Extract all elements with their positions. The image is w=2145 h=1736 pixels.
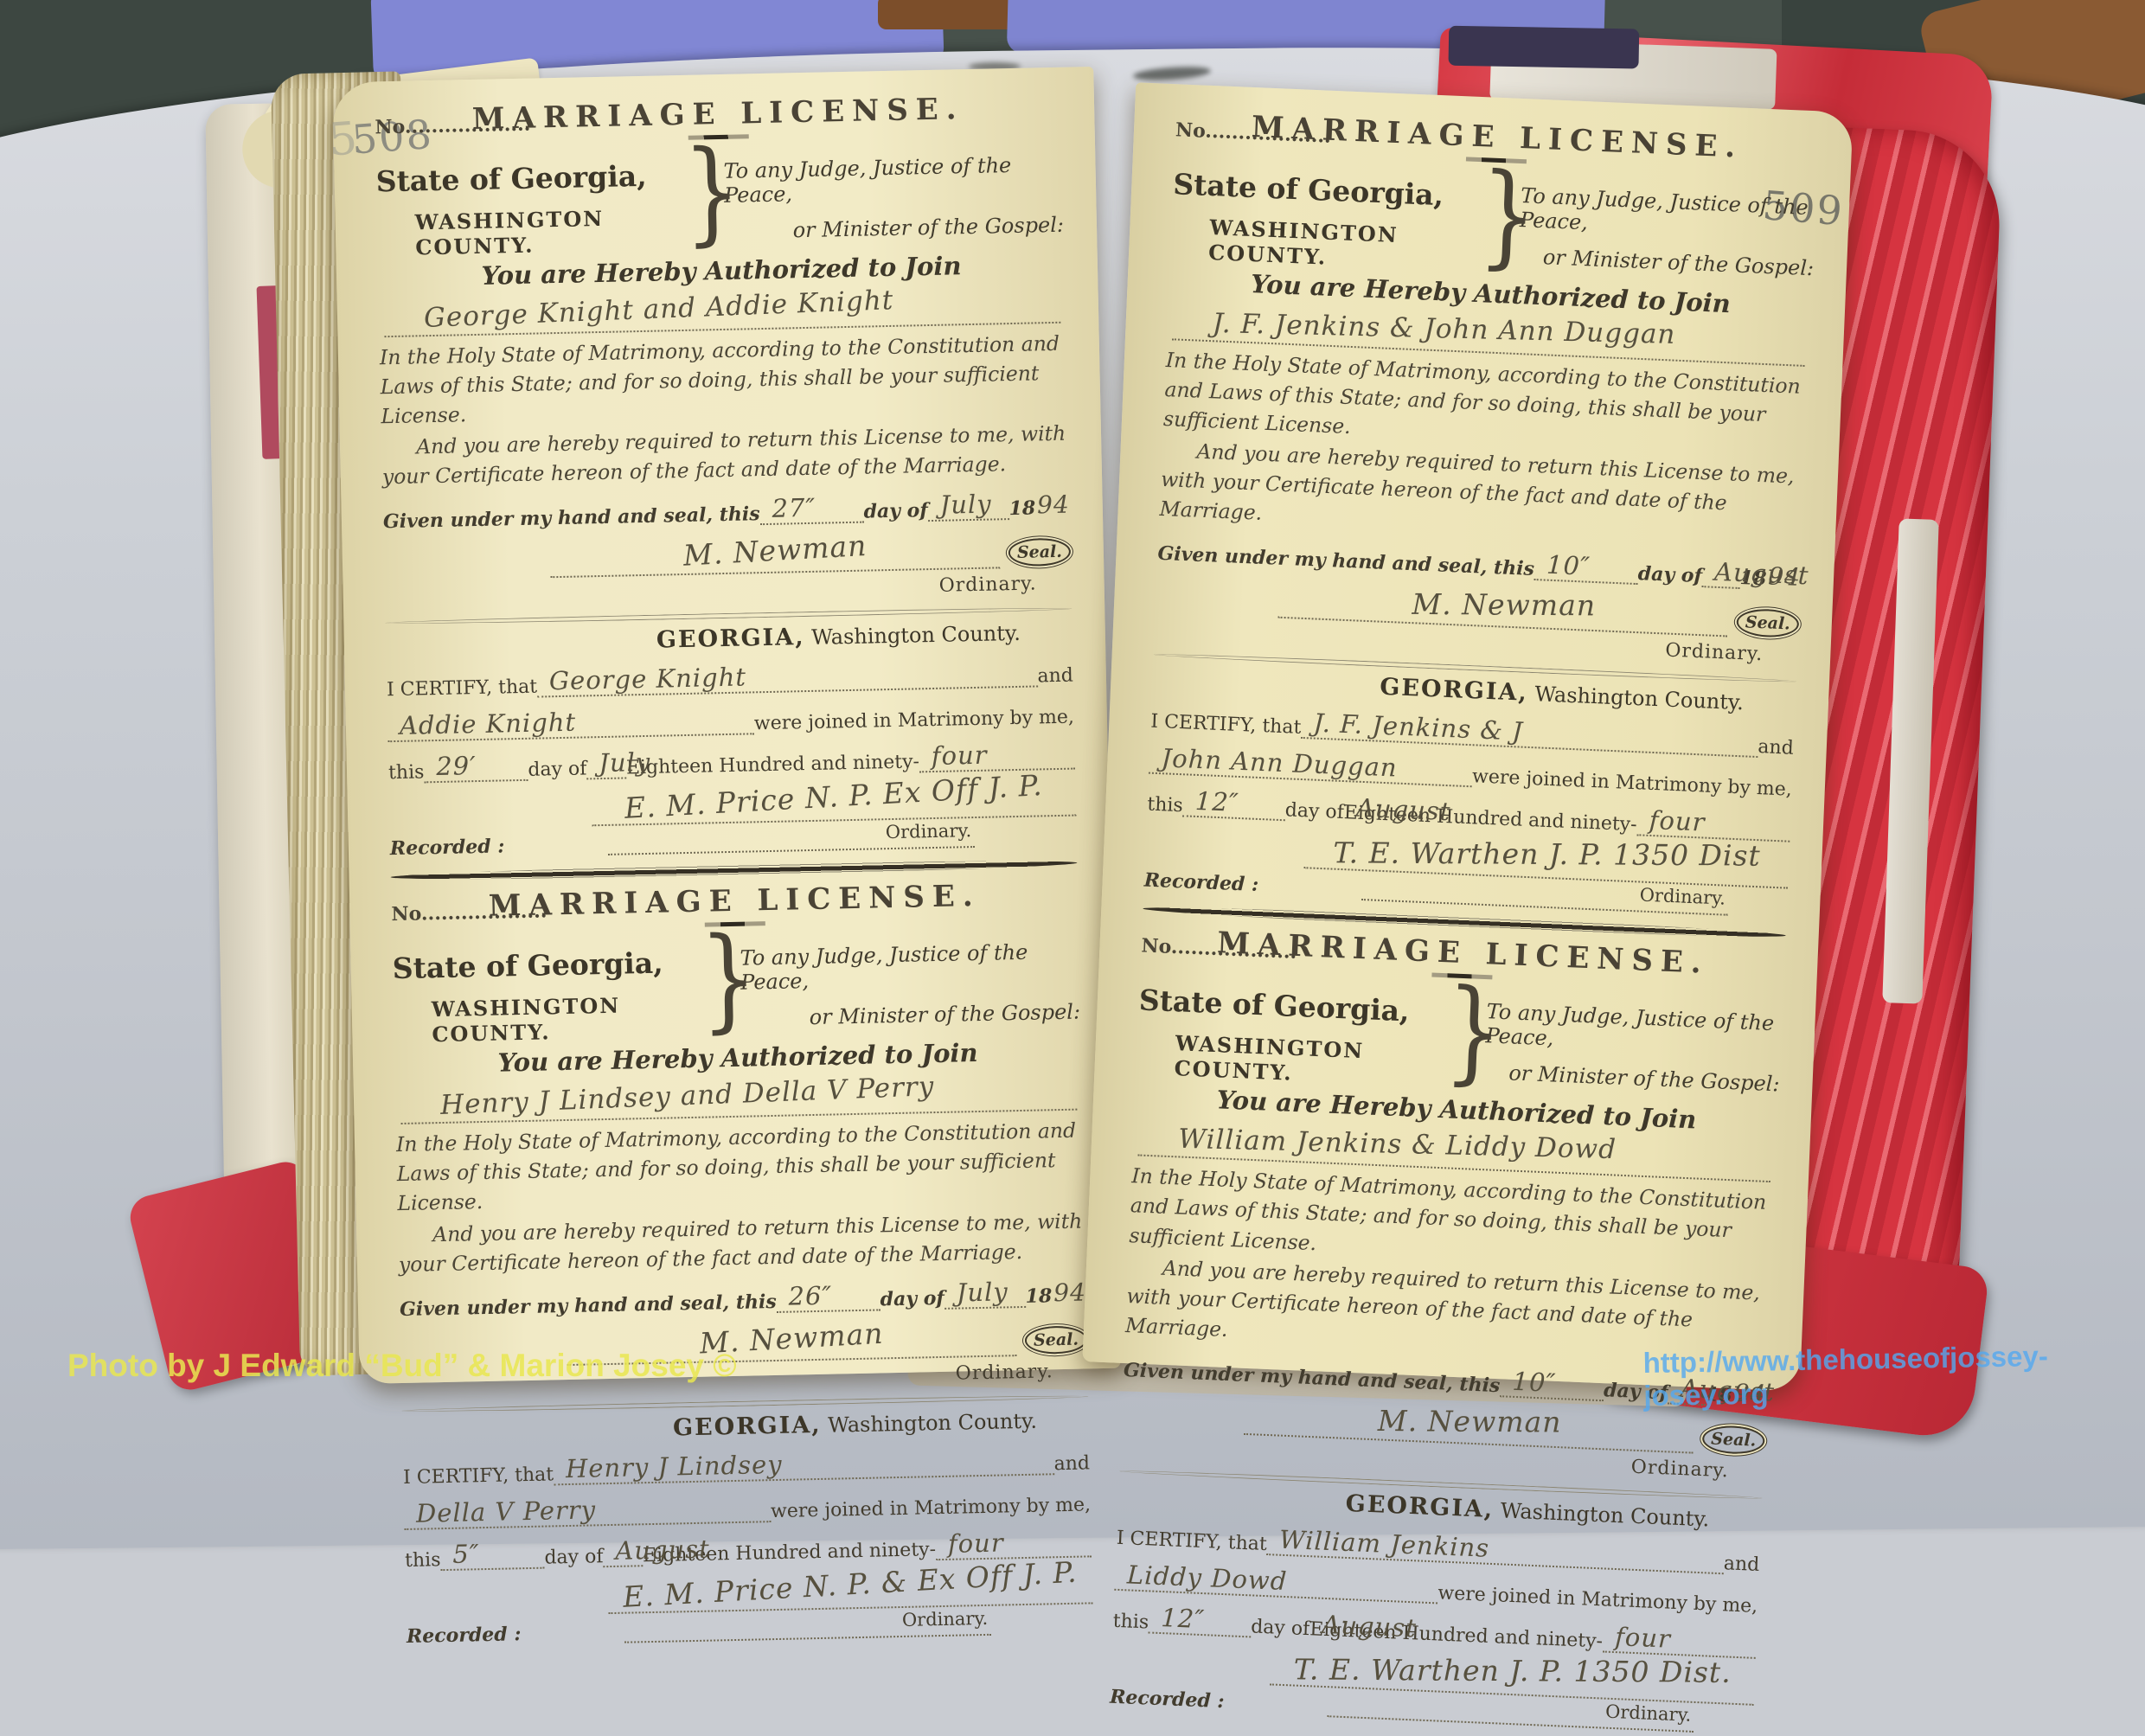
addressee-line-1: To any Judge, Justice of the Peace, [1485, 1000, 1783, 1060]
marriage-license-form: No................... MARRIAGE LICENSE. … [391, 877, 1093, 1425]
state-label: State of Georgia, [375, 158, 679, 198]
issue-month-blank: July [927, 490, 1008, 522]
state-label: State of Georgia, [1138, 983, 1442, 1030]
license-body-2: And you are hereby required to return th… [381, 419, 1069, 492]
issue-year-handwriting: 94 [1037, 490, 1070, 520]
book-page-left: 5508 No................... MARRIAGE LICE… [332, 67, 1120, 1384]
issue-day-blank: 26″ [776, 1281, 880, 1313]
form-header: State of Georgia, WASHINGTON COUNTY. } T… [392, 924, 1081, 1049]
issue-date-row: Given under my hand and seal, this 27″ d… [383, 490, 1071, 534]
marriage-day-blank: 12″ [1182, 788, 1286, 822]
photo-scene: 5508 No................... MARRIAGE LICE… [0, 0, 2145, 1425]
couple-names-line: George Knight and Addie Knight [384, 284, 1061, 337]
addressee-line-2: or Minister of the Gospel: [1518, 244, 1815, 280]
marriage-year-blank: four [919, 740, 1075, 773]
issue-month-blank: July [944, 1278, 1025, 1310]
website-watermark: http://www.thehouseofjossey-josey.org [1642, 1338, 2145, 1413]
brace-glyph: } [1477, 166, 1517, 263]
license-body-1: In the Holy State of Matrimony, accordin… [396, 1116, 1085, 1219]
seal-icon: Seal. [1008, 538, 1072, 567]
recorded-ordinary-line: Ordinary. [608, 820, 976, 855]
addressee-line-2: or Minister of the Gospel: [1483, 1060, 1780, 1097]
couple-names-handwriting: William Jenkins & Liddy Dowd [1178, 1124, 1617, 1165]
photographer-watermark: Photo by J Edward “Bud” & Marion Josey © [67, 1348, 737, 1384]
issue-day-blank: 27″ [759, 494, 864, 526]
issue-month-blank: August [1701, 559, 1740, 590]
marriage-month-blank: July [586, 750, 626, 780]
county-label: WASHINGTON COUNTY. [1208, 215, 1475, 276]
form-slot-right-top: No................... MARRIAGE LICENSE. … [1143, 106, 1819, 919]
state-label: State of Georgia, [1173, 167, 1476, 214]
license-body-1: In the Holy State of Matrimony, accordin… [380, 329, 1068, 432]
marriage-license-form: No................... MARRIAGE LICENSE. … [375, 90, 1077, 861]
ordinary-signature: M. Newman [1377, 1404, 1561, 1425]
ordinary-signature-line: M. Newman [549, 529, 1000, 579]
ordinary-signature: M. Newman [1412, 587, 1596, 622]
issue-date-row: Given under my hand and seal, this 26″ d… [400, 1277, 1087, 1321]
groom-name-blank: J. F. Jenkins & J [1301, 709, 1759, 758]
county-label: WASHINGTON COUNTY. [1174, 1031, 1440, 1092]
seal-icon: Seal. [1025, 1325, 1088, 1354]
certificate-heading: GEORGIA, Washington County. [386, 619, 1021, 659]
couple-names-handwriting: Henry J Lindsey and Della V Perry [439, 1071, 934, 1121]
issue-day-blank: 10″ [1534, 551, 1638, 585]
seal-icon: Seal. [1736, 608, 1799, 638]
county-label: WASHINGTON COUNTY. [414, 204, 680, 259]
brace-glyph: } [699, 931, 737, 1027]
state-label: State of Georgia, [392, 945, 695, 985]
couple-names-handwriting: George Knight and Addie Knight [423, 285, 893, 334]
certify-row-2: Addie Knight were joined in Matrimony by… [387, 699, 1075, 743]
marriage-day-blank: 29′ [424, 752, 528, 784]
form-header: State of Georgia, WASHINGTON COUNTY. } T… [375, 137, 1065, 262]
book-page-right: 509 No................... MARRIAGE LICEN… [1082, 82, 1853, 1391]
recorded-label: Recorded : [390, 836, 505, 861]
certify-row-1: I CERTIFY, that George Knight and [387, 657, 1074, 701]
couple-names-handwriting: J. F. Jenkins & John Ann Duggan [1212, 308, 1675, 350]
county-label: WASHINGTON COUNTY. [432, 991, 697, 1047]
issue-year-handwriting: 94 [1053, 1278, 1086, 1307]
form-slot-left-bottom: No................... MARRIAGE LICENSE. … [391, 877, 1093, 1425]
officiant-signature: T. E. Warthen J. P. 1350 Dist [1333, 836, 1761, 873]
brace-glyph: } [1444, 983, 1483, 1079]
couple-names-line: Henry J Lindsey and Della V Perry [400, 1071, 1078, 1124]
brace-glyph: } [682, 144, 720, 240]
form-slot-left-top: No................... MARRIAGE LICENSE. … [375, 90, 1077, 861]
license-body-2: And you are hereby required to return th… [398, 1206, 1085, 1279]
groom-name-blank: George Knight [537, 658, 1038, 698]
license-number-label: No................... [391, 900, 547, 926]
addressee-line-1: To any Judge, Justice of the Peace, [1520, 183, 1817, 244]
ordinary-signature-row: M. Newman Seal. [383, 528, 1071, 582]
recorded-label: Recorded : [1143, 869, 1258, 897]
addressee-line-1: To any Judge, Justice of the Peace, [723, 152, 1063, 208]
license-number-label: No................... [375, 113, 530, 139]
bride-name-blank: Addie Knight [387, 706, 755, 743]
addressee-line-2: or Minister of the Gospel: [741, 1000, 1081, 1031]
addressee-line-1: To any Judge, Justice of the Peace, [740, 939, 1079, 995]
marriage-license-form: No................... MARRIAGE LICENSE. … [1143, 106, 1819, 919]
book-spine-cloth [1448, 26, 1639, 69]
marriage-year-blank: four [1636, 807, 1791, 842]
issue-day-blank: 10″ [1500, 1368, 1604, 1401]
addressee-line-2: or Minister of the Gospel: [725, 213, 1065, 244]
bride-name-blank: John Ann Duggan [1149, 745, 1473, 788]
ordinary-signature: M. Newman [682, 528, 868, 573]
